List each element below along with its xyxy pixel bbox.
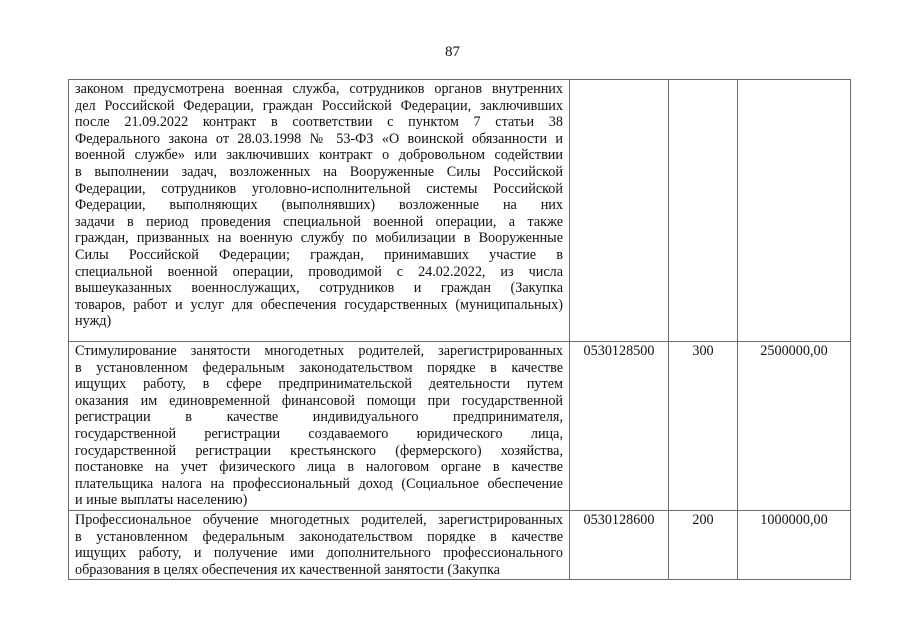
table-row: Стимулирование занятости многодетных род…: [69, 342, 851, 511]
description-line: ищущих работу, в сфере предпринимательск…: [75, 376, 563, 393]
description-line: в установленном федеральным законодатель…: [75, 529, 563, 546]
description-line: нужд): [75, 313, 563, 330]
expense-type-cell: 300: [669, 342, 738, 511]
target-article-code-cell: 0530128500: [570, 342, 669, 511]
description-line: после 21.09.2022 контракт в соответствии…: [75, 114, 563, 131]
description-line: государственной регистрации крестьянског…: [75, 443, 563, 460]
description-line: дел Российской Федерации, граждан Россий…: [75, 98, 563, 115]
table-row: Профессиональное обучение многодетных ро…: [69, 510, 851, 579]
description-line: военной службе» или заключивших контракт…: [75, 147, 563, 164]
description-line: Стимулирование занятости многодетных род…: [75, 343, 563, 360]
description-line: плательщика налога на профессиональный д…: [75, 476, 563, 493]
description-line: образования в целях обеспечения их качес…: [75, 562, 563, 579]
description-line: вышеуказанных военнослужащих, сотруднико…: [75, 280, 563, 297]
description-line: товаров, работ и услуг для обеспечения г…: [75, 297, 563, 314]
budget-table: законом предусмотрена военная служба, со…: [68, 79, 851, 580]
description-line: Профессиональное обучение многодетных ро…: [75, 512, 563, 529]
description-line: Силы Российской Федерации; граждан, прин…: [75, 247, 563, 264]
description-line: регистрации в качестве индивидуального п…: [75, 409, 563, 426]
description-line: постановке на учет физического лица в на…: [75, 459, 563, 476]
description-cell: законом предусмотрена военная служба, со…: [69, 80, 570, 342]
description-line: в установленном федеральным законодатель…: [75, 360, 563, 377]
description-cell: Профессиональное обучение многодетных ро…: [69, 510, 570, 579]
description-line: Федерации, сотрудников уголовно-исполнит…: [75, 181, 563, 198]
expense-type-cell: [669, 80, 738, 342]
description-line: задачи в период проведения специальной в…: [75, 214, 563, 231]
amount-cell: [738, 80, 851, 342]
description-line: ищущих работу, и получение ими дополните…: [75, 545, 563, 562]
description-line: Федерации, выполняющих (выполнявших) воз…: [75, 197, 563, 214]
description-line: специальной военной операции, проводимой…: [75, 264, 563, 281]
target-article-code-cell: 0530128600: [570, 510, 669, 579]
target-article-code-cell: [570, 80, 669, 342]
description-line: в выполнении задач, возложенных на Воору…: [75, 164, 563, 181]
description-line: государственной регистрации создаваемого…: [75, 426, 563, 443]
description-cell: Стимулирование занятости многодетных род…: [69, 342, 570, 511]
description-line: граждан, призванных на военную службу по…: [75, 230, 563, 247]
expense-type-cell: 200: [669, 510, 738, 579]
description-line: Федерального закона от 28.03.1998 № 53-Ф…: [75, 131, 563, 148]
description-line: оказания им единовременной финансовой по…: [75, 393, 563, 410]
amount-cell: 2500000,00: [738, 342, 851, 511]
description-line: и иные выплаты населению): [75, 492, 563, 509]
description-line: законом предусмотрена военная служба, со…: [75, 81, 563, 98]
table-row: законом предусмотрена военная служба, со…: [69, 80, 851, 342]
page-number: 87: [0, 44, 905, 61]
amount-cell: 1000000,00: [738, 510, 851, 579]
